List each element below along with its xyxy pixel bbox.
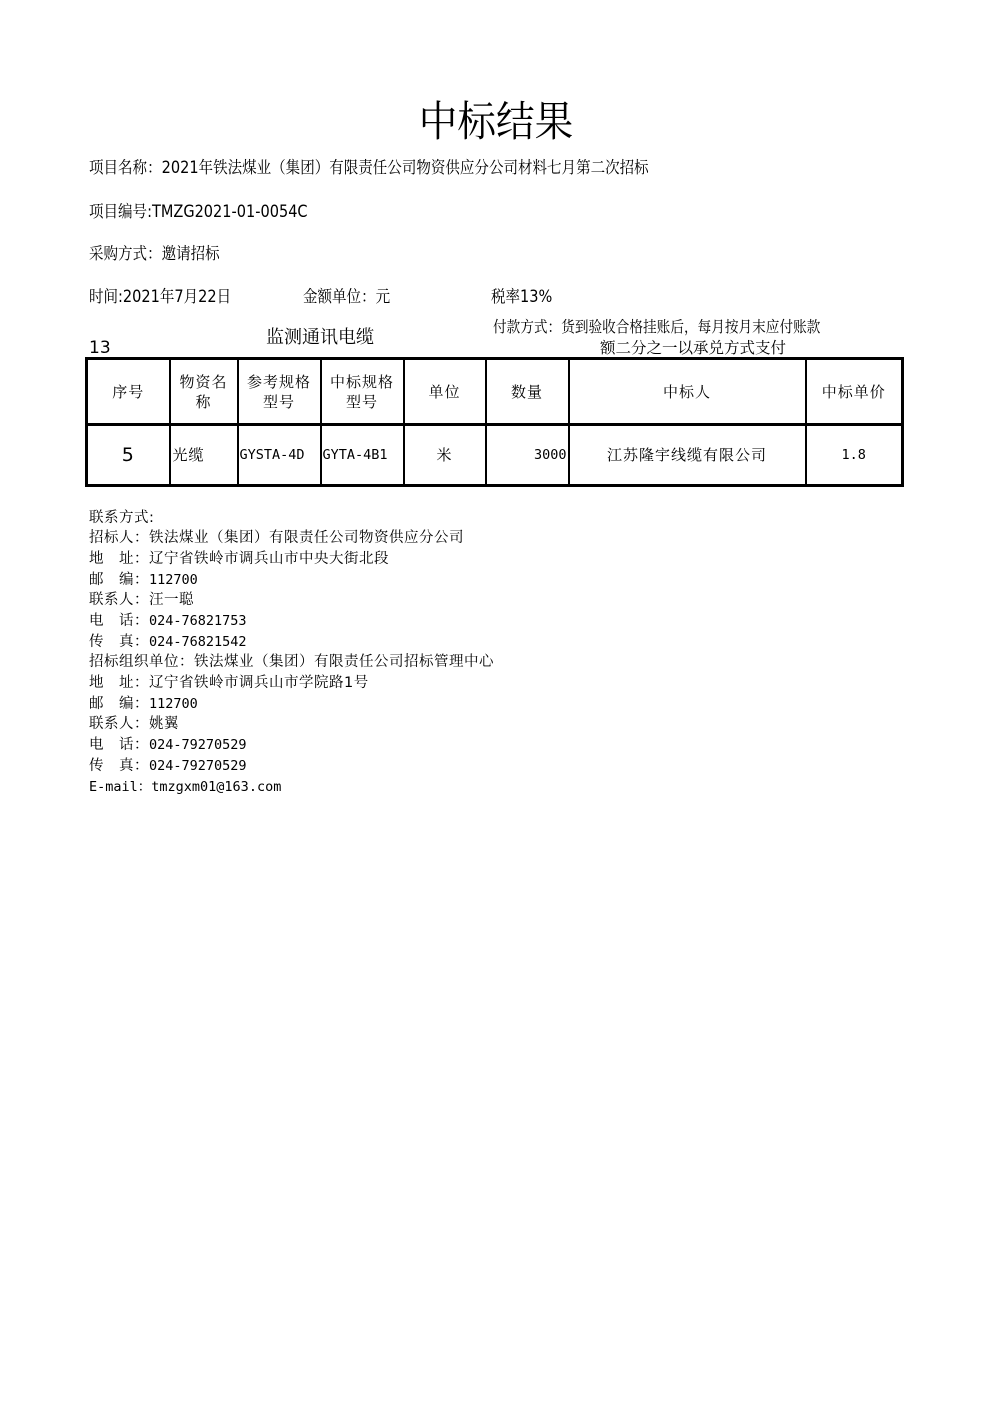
header-seq: 序号	[87, 359, 170, 425]
email-label: E-mail：	[89, 777, 151, 798]
procurement-label: 采购方式：	[89, 244, 162, 263]
table-header-row: 序号 物资名称 参考规格型号 中标规格型号 单位 数量 中标人 中标单价	[87, 359, 903, 425]
tenderer-fax-value: 024-76821542	[149, 634, 247, 650]
agency-postcode-line: 邮 编：112700	[89, 694, 198, 715]
header-quantity: 数量	[486, 359, 569, 425]
currency-value: 元	[376, 287, 391, 306]
table-row: 5 光缆 GYSTA-4D GYTA-4B1 米 3000 江苏隆宇线缆有限公司…	[87, 425, 903, 486]
tenderer-postcode-line: 邮 编：112700	[89, 570, 198, 591]
agency-postcode-value: 112700	[149, 696, 198, 712]
cell-unit-price: 1.8	[806, 425, 903, 486]
agency-value: 铁法煤业（集团）有限责任公司招标管理中心	[194, 654, 494, 670]
tenderer-phone-line: 电 话：024-76821753	[89, 611, 247, 632]
agency-contact-label: 联系人：	[89, 714, 149, 735]
agency-fax-line: 传 真：024-79270529	[89, 756, 247, 777]
tenderer-phone-value: 024-76821753	[149, 613, 247, 629]
agency-label: 招标组织单位：	[89, 652, 194, 673]
result-table: 序号 物资名称 参考规格型号 中标规格型号 单位 数量 中标人 中标单价 5 光…	[85, 357, 904, 487]
header-ref-spec: 参考规格型号	[238, 359, 321, 425]
cell-quantity: 3000	[486, 425, 569, 486]
project-no-label: 项目编号:	[89, 202, 152, 221]
tenderer-fax-line: 传 真：024-76821542	[89, 632, 247, 653]
cell-bid-spec: GYTA-4B1	[321, 425, 404, 486]
page-title: 中标结果	[40, 94, 953, 150]
agency-address-value: 辽宁省铁岭市调兵山市学院路1号	[149, 675, 369, 691]
date-label: 时间:	[89, 287, 123, 306]
payment-terms-line1: 付款方式：货到验收合格挂账后，每月按月末应付账款	[493, 317, 845, 338]
tax-label: 税率	[491, 287, 520, 306]
project-name-label: 项目名称：	[89, 158, 162, 177]
cell-material: 光缆	[170, 425, 238, 486]
tax-rate: 13%	[520, 287, 552, 306]
agency-phone-line: 电 话：024-79270529	[89, 735, 247, 756]
project-name: 2021年铁法煤业（集团）有限责任公司物资供应分公司材料七月第二次招标	[162, 158, 649, 177]
tenderer-contact-value: 汪一聪	[149, 592, 194, 608]
procurement-method: 邀请招标	[162, 244, 220, 263]
cell-winner: 江苏隆宇线缆有限公司	[569, 425, 806, 486]
contact-heading: 联系方式:	[89, 508, 154, 529]
cell-seq: 5	[87, 425, 170, 486]
email-value[interactable]: tmzgxm01@163.com	[151, 779, 281, 795]
tenderer-phone-label: 电 话：	[89, 611, 149, 632]
cell-ref-spec: GYSTA-4D	[238, 425, 321, 486]
project-no-line: 项目编号:TMZG2021-01-0054C	[89, 201, 308, 223]
tenderer-address-value: 辽宁省铁岭市调兵山市中央大街北段	[149, 551, 389, 567]
tenderer-contact-label: 联系人：	[89, 590, 149, 611]
tax-line: 税率13%	[491, 286, 552, 308]
agency-phone-value: 024-79270529	[149, 737, 247, 753]
cell-unit: 米	[404, 425, 486, 486]
agency-contact-value: 姚翼	[149, 716, 179, 732]
payment-terms-line2: 额二分之一以承兑方式支付	[493, 338, 893, 359]
agency-postcode-label: 邮 编：	[89, 694, 149, 715]
date-line: 时间:2021年7月22日	[89, 286, 231, 308]
tenderer-label: 招标人：	[89, 528, 149, 549]
project-no: TMZG2021-01-0054C	[152, 202, 308, 221]
procurement-line: 采购方式：邀请招标	[89, 243, 220, 265]
currency-label: 金额单位：	[303, 287, 376, 306]
tenderer-value: 铁法煤业（集团）有限责任公司物资供应分公司	[149, 530, 464, 546]
header-winner: 中标人	[569, 359, 806, 425]
agency-address-line: 地 址：辽宁省铁岭市调兵山市学院路1号	[89, 673, 369, 694]
agency-line: 招标组织单位：铁法煤业（集团）有限责任公司招标管理中心	[89, 652, 494, 673]
agency-contact-line: 联系人：姚翼	[89, 714, 179, 735]
tenderer-contact-line: 联系人：汪一聪	[89, 590, 194, 611]
payment-terms: 付款方式：货到验收合格挂账后，每月按月末应付账款 额二分之一以承兑方式支付	[493, 317, 893, 359]
header-bid-spec: 中标规格型号	[321, 359, 404, 425]
section-seq-no: 13	[89, 337, 111, 359]
date-value: 2021年7月22日	[123, 287, 231, 306]
header-unit-price: 中标单价	[806, 359, 903, 425]
tenderer-postcode-label: 邮 编：	[89, 570, 149, 591]
agency-address-label: 地 址：	[89, 673, 149, 694]
tenderer-postcode-value: 112700	[149, 572, 198, 588]
tenderer-line: 招标人：铁法煤业（集团）有限责任公司物资供应分公司	[89, 528, 464, 549]
header-unit: 单位	[404, 359, 486, 425]
tenderer-address-line: 地 址：辽宁省铁岭市调兵山市中央大街北段	[89, 549, 389, 570]
agency-phone-label: 电 话：	[89, 735, 149, 756]
header-material: 物资名称	[170, 359, 238, 425]
currency-line: 金额单位：元	[303, 286, 390, 308]
agency-fax-value: 024-79270529	[149, 758, 247, 774]
project-name-line: 项目名称：2021年铁法煤业（集团）有限责任公司物资供应分公司材料七月第二次招标	[89, 157, 649, 179]
tenderer-address-label: 地 址：	[89, 549, 149, 570]
tenderer-fax-label: 传 真：	[89, 632, 149, 653]
email-line: E-mail：tmzgxm01@163.com	[89, 777, 281, 798]
category-title: 监测通讯电缆	[266, 326, 374, 350]
agency-fax-label: 传 真：	[89, 756, 149, 777]
